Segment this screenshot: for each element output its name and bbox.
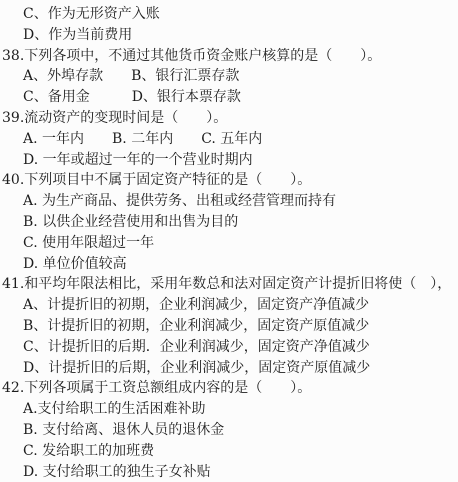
option-line: C. 发给职工的加班费 [2,441,456,462]
option-line: A、计提折旧的初期，企业利润减少，固定资产净值减少 [2,295,456,316]
option-line: C、备用金 D、银行本票存款 [2,87,456,108]
option-line: B. 以供企业经营使用和出售为目的 [2,212,456,233]
option-line: B. 支付给离、退休人员的退休金 [2,420,456,441]
option-line: A、外埠存款 B、银行汇票存款 [2,66,456,87]
option-line: D. 支付给职工的独生子女补贴 [2,462,456,482]
option-line: D. 单位价值较高 [2,254,456,275]
option-line: B、计提折旧的初期，企业利润减少，固定资产原值减少 [2,316,456,337]
option-line: A. 为生产商品、提供劳务、出租或经营管理而持有 [2,191,456,212]
exam-document: C、作为无形资产入账 D、作为当前费用 38.下列各项中，不通过其他货币资金账户… [0,0,458,482]
question-stem: 42.下列各项属于工资总额组成内容的是（ ）。 [2,378,456,399]
option-line: D、计提折旧的后期，企业利润减少，固定资产原值减少 [2,358,456,379]
option-line: A.支付给职工的生活困难补助 [2,399,456,420]
option-line: C、计提折旧的后期．企业利润减少，固定资产净值减少 [2,337,456,358]
question-stem: 38.下列各项中，不通过其他货币资金账户核算的是（ ）。 [2,46,456,67]
option-line: C、作为无形资产入账 [2,4,456,25]
option-line: A. 一年内 B. 二年内 C. 五年内 [2,129,456,150]
question-stem: 39.流动资产的变现时间是（ ）。 [2,108,456,129]
option-line: D. 一年或超过一年的一个营业时期内 [2,150,456,171]
question-stem: 41.和平均年限法相比，采用年数总和法对固定资产计提折旧将使（ ）， [2,274,456,295]
question-stem: 40.下列项目中不属于固定资产特征的是（ ）。 [2,170,456,191]
option-line: C. 使用年限超过一年 [2,233,456,254]
option-line: D、作为当前费用 [2,25,456,46]
